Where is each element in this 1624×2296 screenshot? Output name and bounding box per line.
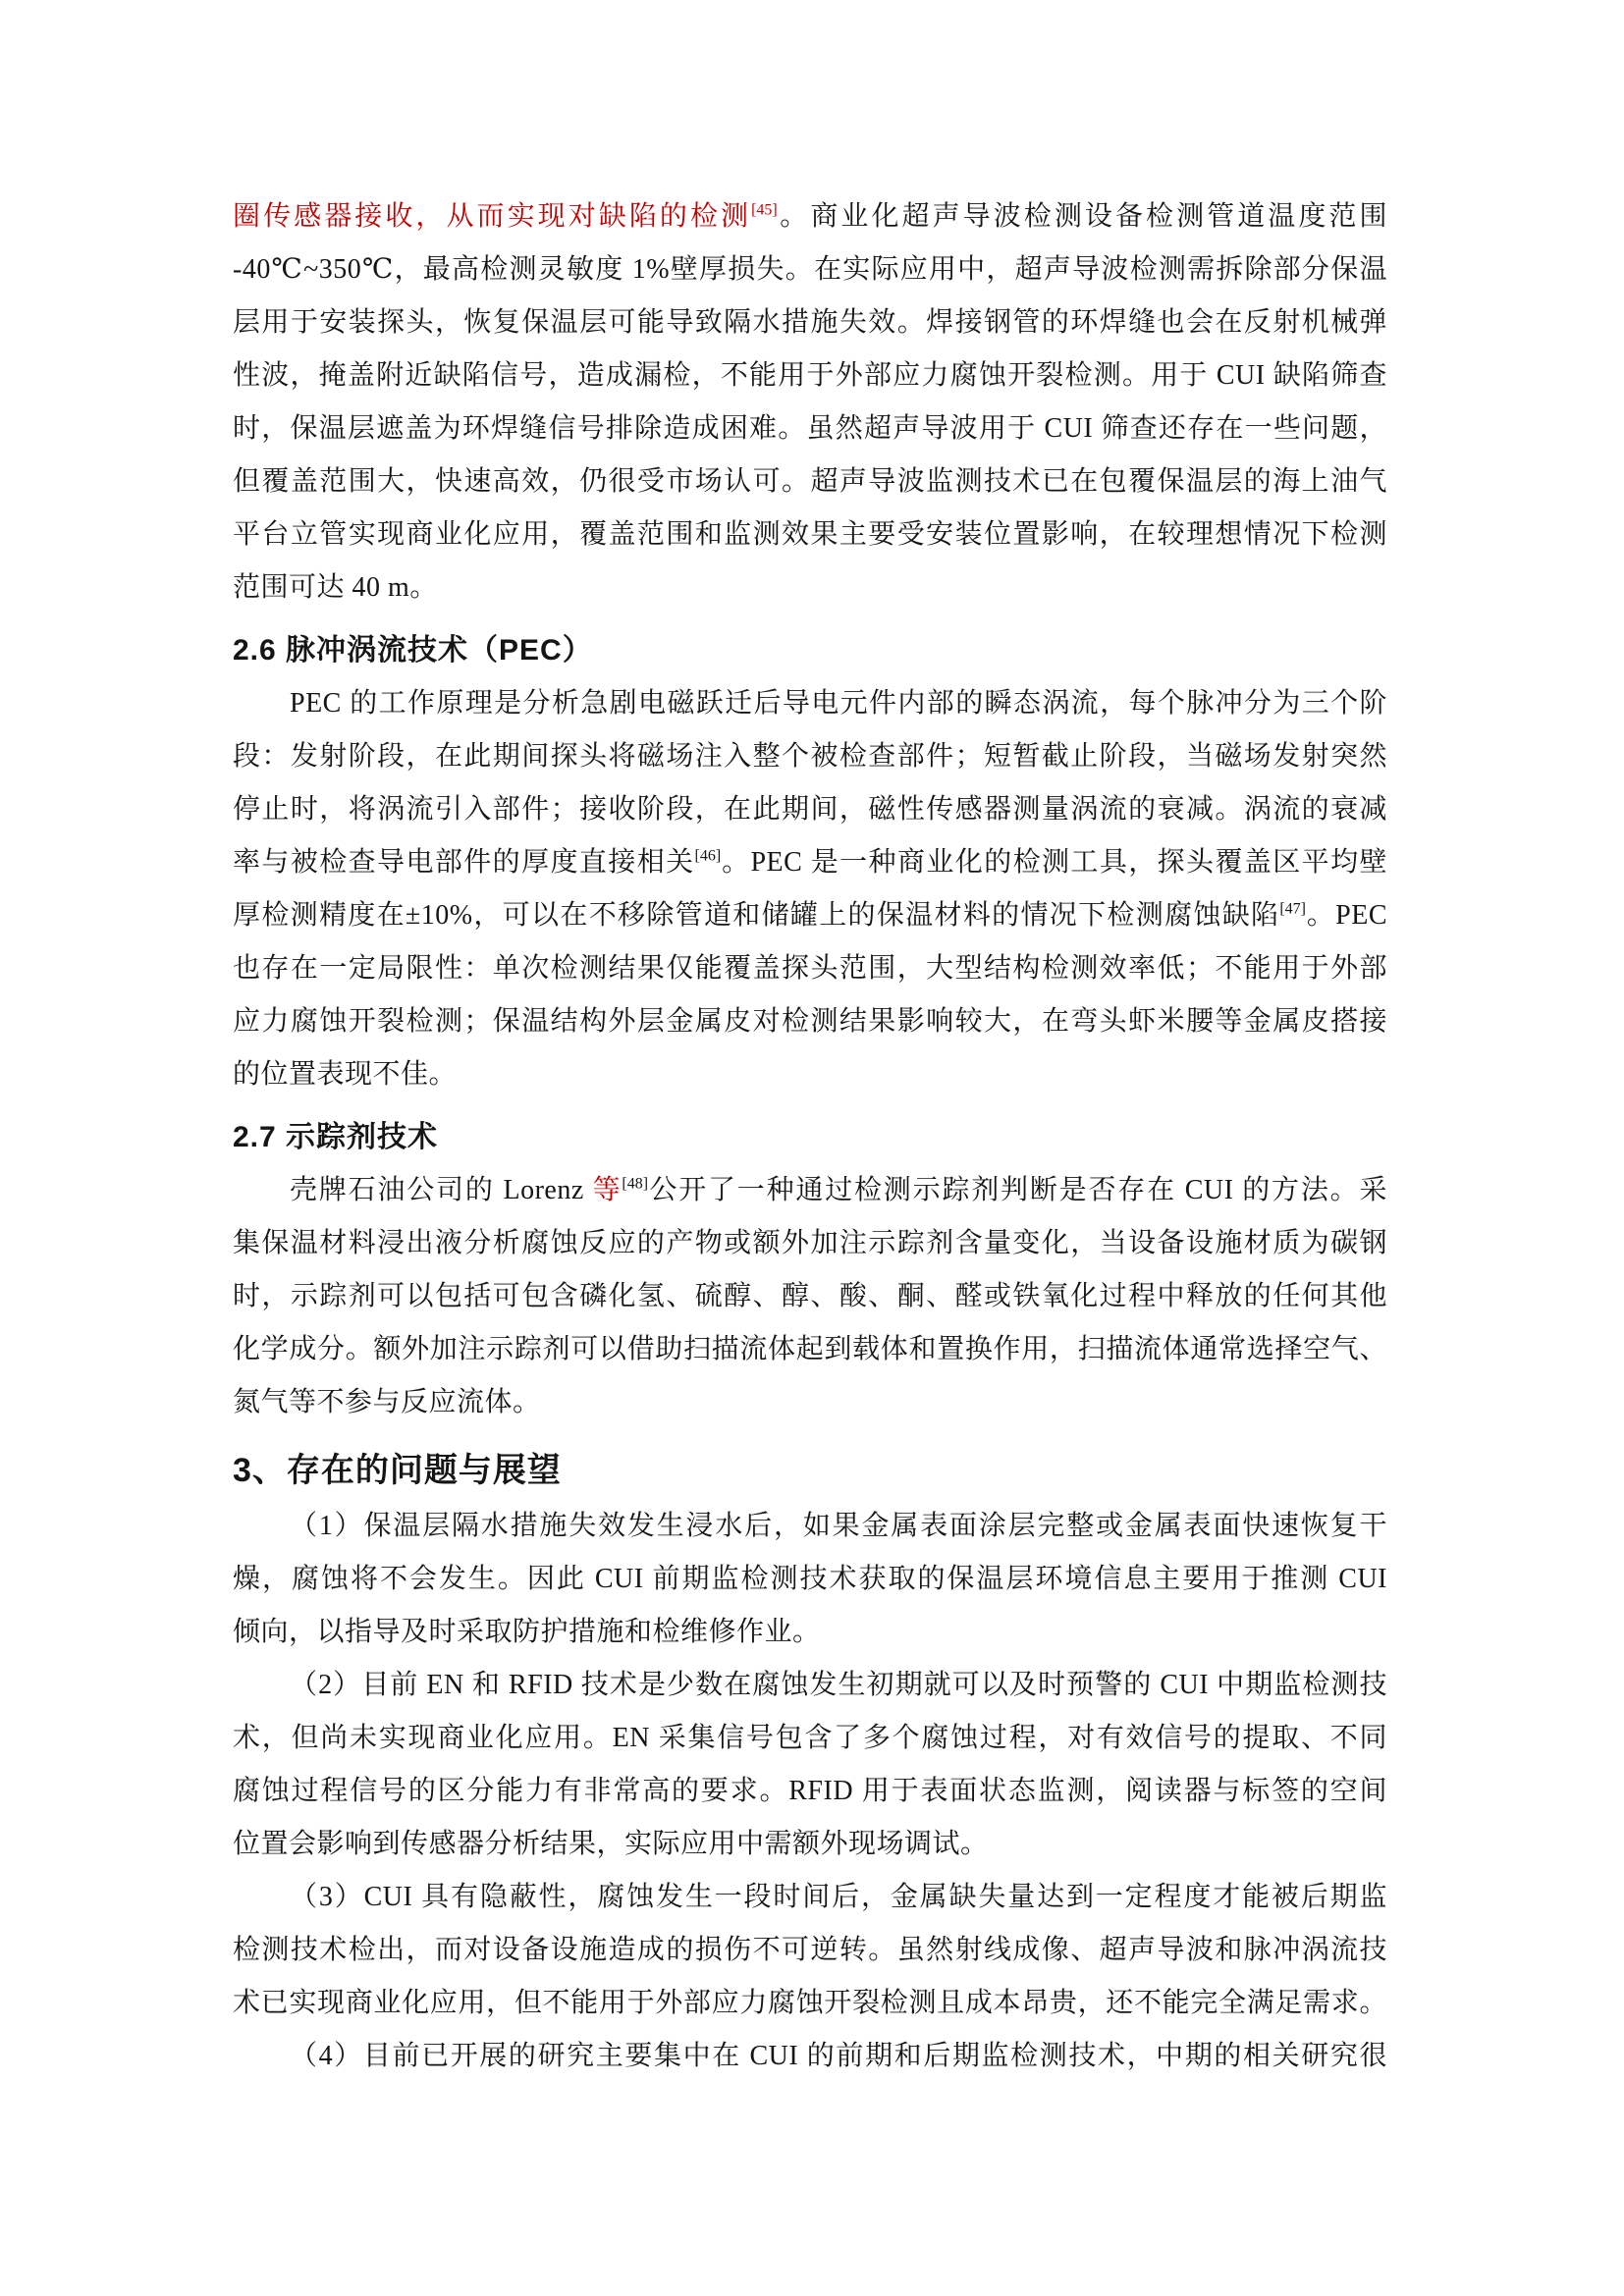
paragraph-point-2: （2）目前 EN 和 RFID 技术是少数在腐蚀发生初期就可以及时预警的 CUI… [233,1659,1387,1871]
body-text: 。商业化超声导波检测设备检测管道温度范围 [778,201,1387,232]
citation-46: [46] [695,848,722,865]
p1-line3: 层用于安装探头，恢复保温层可能导致隔水措施失效。焊接钢管的环焊缝也会在反射机械弹 [233,296,1387,349]
p1-line7: 平台立管实现商业化应用，覆盖范围和监测效果主要受安装位置影响，在较理想情况下检测 [233,508,1387,561]
p3-line5: 氮气等不参与反应流体。 [233,1376,1387,1429]
paragraph-ultrasonic-guided-wave: 圈传感器接收，从而实现对缺陷的检测[45]。商业化超声导波检测设备检测管道温度范… [233,190,1387,614]
p1-line6: 但覆盖范围大，快速高效，仍很受市场认可。超声导波监测技术已在包覆保温层的海上油气 [233,455,1387,508]
p2-line2: 段：发射阶段，在此期间探头将磁场注入整个被检查部件；短暂截止阶段，当磁场发射突然 [233,730,1387,783]
p7-line1: （4）目前已开展的研究主要集中在 CUI 的前期和后期监检测技术，中期的相关研究… [233,2030,1387,2083]
p6-line1: （3）CUI 具有隐蔽性，腐蚀发生一段时间后，金属缺失量达到一定程度才能被后期监 [233,1871,1387,1924]
p5-line1: （2）目前 EN 和 RFID 技术是少数在腐蚀发生初期就可以及时预警的 CUI… [233,1659,1387,1712]
p1-line1: 圈传感器接收，从而实现对缺陷的检测[45]。商业化超声导波检测设备检测管道温度范… [233,190,1387,243]
p2-line1: PEC 的工作原理是分析急剧电磁跃迁后导电元件内部的瞬态涡流，每个脉冲分为三个阶 [233,677,1387,730]
p4-line2: 燥，腐蚀将不会发生。因此 CUI 前期监检测技术获取的保温层环境信息主要用于推测… [233,1553,1387,1606]
highlighted-red-text: 圈传感器接收，从而实现对缺陷的检测 [233,201,751,232]
p3-line1: 壳牌石油公司的 Lorenz 等[48]公开了一种通过检测示踪剂判断是否存在 C… [233,1164,1387,1217]
highlighted-red-text: 等 [593,1175,623,1205]
p5-line4: 位置会影响到传感器分析结果，实际应用中需额外现场调试。 [233,1818,1387,1871]
p2-line6: 也存在一定局限性：单次检测结果仅能覆盖探头范围，大型结构检测效率低；不能用于外部 [233,942,1387,995]
citation-45: [45] [751,202,778,219]
p4-line1: （1）保温层隔水措施失效发生浸水后，如果金属表面涂层完整或金属表面快速恢复干 [233,1500,1387,1553]
p1-line5: 时，保温层遮盖为环焊缝信号排除造成困难。虽然超声导波用于 CUI 筛查还存在一些… [233,402,1387,455]
p6-line2: 检测技术检出，而对设备设施造成的损伤不可逆转。虽然射线成像、超声导波和脉冲涡流技 [233,1924,1387,1977]
p1-line4: 性波，掩盖附近缺陷信号，造成漏检，不能用于外部应力腐蚀开裂检测。用于 CUI 缺… [233,349,1387,402]
p4-line3: 倾向，以指导及时采取防护措施和检维修作业。 [233,1606,1387,1659]
paragraph-point-3: （3）CUI 具有隐蔽性，腐蚀发生一段时间后，金属缺失量达到一定程度才能被后期监… [233,1871,1387,2030]
p6-line3: 术已实现商业化应用，但不能用于外部应力腐蚀开裂检测且成本昂贵，还不能完全满足需求… [233,1977,1387,2030]
paragraph-point-1: （1）保温层隔水措施失效发生浸水后，如果金属表面涂层完整或金属表面快速恢复干 燥… [233,1500,1387,1659]
paragraph-tracer: 壳牌石油公司的 Lorenz 等[48]公开了一种通过检测示踪剂判断是否存在 C… [233,1164,1387,1429]
p3-line2: 集保温材料浸出液分析腐蚀反应的产物或额外加注示踪剂含量变化，当设备设施材质为碳钢 [233,1217,1387,1270]
p1-line2: -40℃~350℃，最高检测灵敏度 1%壁厚损失。在实际应用中，超声导波检测需拆… [233,243,1387,296]
p3-line4: 化学成分。额外加注示踪剂可以借助扫描流体起到载体和置换作用，扫描流体通常选择空气… [233,1323,1387,1376]
citation-48: [48] [622,1176,648,1193]
p2-line7: 应力腐蚀开裂检测；保温结构外层金属皮对检测结果影响较大，在弯头虾米腰等金属皮搭接 [233,995,1387,1048]
p3-line3: 时，示踪剂可以包括可包含磷化氢、硫醇、醇、酸、酮、醛或铁氧化过程中释放的任何其他 [233,1270,1387,1323]
body-text: 。PEC 是一种商业化的检测工具，探头覆盖区平均壁 [721,847,1387,878]
p2-line5: 厚检测精度在±10%，可以在不移除管道和储罐上的保温材料的情况下检测腐蚀缺陷[4… [233,889,1387,942]
body-text: 壳牌石油公司的 Lorenz [290,1175,593,1205]
p2-line8: 的位置表现不佳。 [233,1048,1387,1101]
paragraph-point-4: （4）目前已开展的研究主要集中在 CUI 的前期和后期监检测技术，中期的相关研究… [233,2030,1387,2083]
page-content: 圈传感器接收，从而实现对缺陷的检测[45]。商业化超声导波检测设备检测管道温度范… [233,190,1387,2083]
body-text: 公开了一种通过检测示踪剂判断是否存在 CUI 的方法。采 [648,1175,1387,1205]
body-text: 。PEC [1306,900,1387,931]
p5-line3: 腐蚀过程信号的区分能力有非常高的要求。RFID 用于表面状态监测，阅读器与标签的… [233,1765,1387,1818]
paragraph-pec: PEC 的工作原理是分析急剧电磁跃迁后导电元件内部的瞬态涡流，每个脉冲分为三个阶… [233,677,1387,1101]
p2-line4: 率与被检查导电部件的厚度直接相关[46]。PEC 是一种商业化的检测工具，探头覆… [233,836,1387,889]
body-text: 厚检测精度在±10%，可以在不移除管道和储罐上的保温材料的情况下检测腐蚀缺陷 [233,900,1279,931]
p2-line3: 停止时，将涡流引入部件；接收阶段，在此期间，磁性传感器测量涡流的衰减。涡流的衰减 [233,783,1387,836]
p5-line2: 术，但尚未实现商业化应用。EN 采集信号包含了多个腐蚀过程，对有效信号的提取、不… [233,1712,1387,1765]
citation-47: [47] [1279,901,1306,918]
heading-2-6-pec: 2.6 脉冲涡流技术（PEC） [233,624,1387,677]
p1-line8: 范围可达 40 m。 [233,561,1387,614]
heading-3-problems-outlook: 3、存在的问题与展望 [233,1441,1387,1500]
body-text: 率与被检查导电部件的厚度直接相关 [233,847,695,878]
heading-2-7-tracer: 2.7 示踪剂技术 [233,1111,1387,1164]
